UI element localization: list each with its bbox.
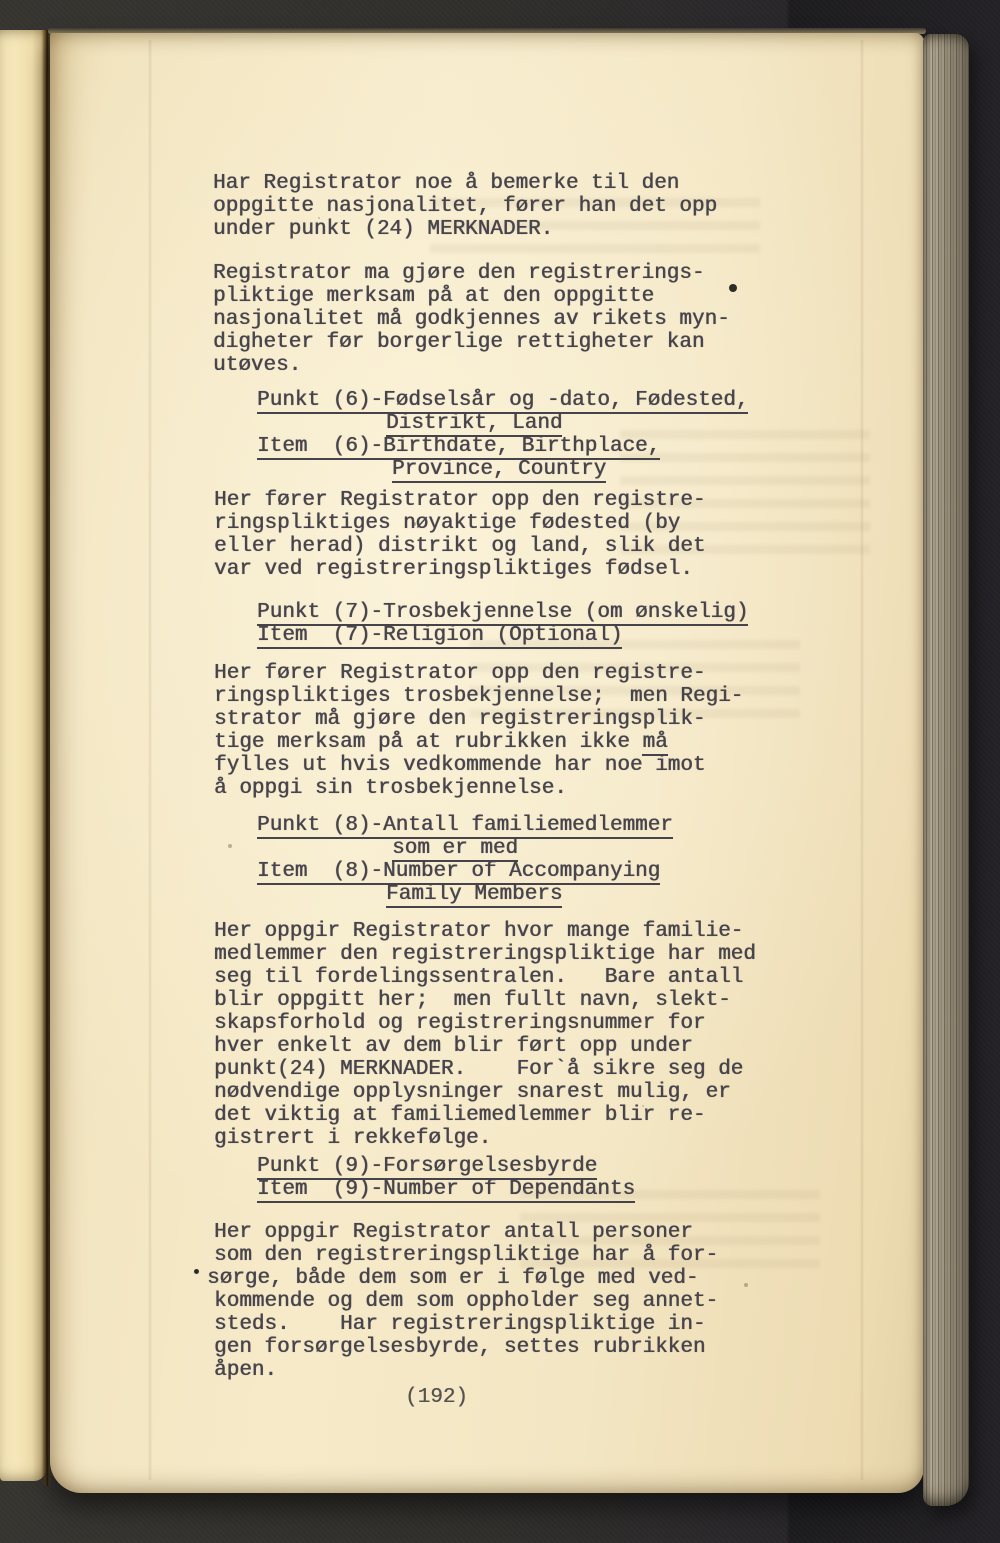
text-line: Distrikt, Land xyxy=(0,412,1000,435)
text-line: oppgitte nasjonalitet, fører han det opp xyxy=(0,195,1000,218)
text-line: som den registreringspliktige har å for- xyxy=(0,1244,1000,1267)
para-familiemedlemmer: Her oppgir Registrator hvor mange famili… xyxy=(0,920,1000,1150)
heading-punkt-7: Punkt (7)-Trosbekjennelse (om ønskelig)I… xyxy=(0,601,1000,647)
text-line: pliktige merksam på at den oppgitte xyxy=(0,285,1000,308)
para-fodested: Her fører Registrator opp den registre-r… xyxy=(0,489,1000,581)
text-line: Item (7)-Religion (Optional) xyxy=(0,624,1000,647)
book-photo: (192) Har Registrator noe å bemerke til … xyxy=(0,0,1000,1543)
text-line: fylles ut hvis vedkommende har noe imot xyxy=(0,754,1000,777)
text-line: var ved registreringspliktiges fødsel. xyxy=(0,558,1000,581)
heading-punkt-6: Punkt (6)-Fødselsår og -dato, Fødested,D… xyxy=(0,389,1000,481)
text-line: Punkt (8)-Antall familiemedlemmer xyxy=(0,814,1000,837)
para-forsorgelsesbyrde: Her oppgir Registrator antall personerso… xyxy=(0,1221,1000,1382)
text-line: Har Registrator noe å bemerke til den xyxy=(0,172,1000,195)
text-line: som er med xyxy=(0,837,1000,860)
text-line: ringspliktiges trosbekjennelse; men Regi… xyxy=(0,685,1000,708)
para-merknader-note: Har Registrator noe å bemerke til denopp… xyxy=(0,172,1000,241)
text-line: Her fører Registrator opp den registre- xyxy=(0,489,1000,512)
page-number: (192) xyxy=(405,1386,468,1409)
text-line: gen forsørgelsesbyrde, settes rubrikken xyxy=(0,1336,1000,1359)
text-line: digheter før borgerlige rettigheter kan xyxy=(0,331,1000,354)
text-line: Punkt (6)-Fødselsår og -dato, Fødested, xyxy=(0,389,1000,412)
para-nasjonalitet-godkjennes: Registrator ma gjøre den registrerings-p… xyxy=(0,262,1000,377)
text-line: steds. Har registreringspliktige in- xyxy=(0,1313,1000,1336)
text-line: Item (6)-Birthdate, Birthplace, xyxy=(0,435,1000,458)
text-line: Item (8)-Number of Accompanying xyxy=(0,860,1000,883)
text-line: medlemmer den registreringspliktige har … xyxy=(0,943,1000,966)
text-line: punkt(24) MERKNADER. For`å sikre seg de xyxy=(0,1058,1000,1081)
para-trosbekjennelse: Her fører Registrator opp den registre-r… xyxy=(0,662,1000,800)
text-line: sørge, både dem som er i følge med ved- xyxy=(0,1267,1000,1290)
text-line: Punkt (9)-Forsørgelsesbyrde xyxy=(0,1155,1000,1178)
text-line: under punkt (24) MERKNADER. xyxy=(0,218,1000,241)
text-line: å oppgi sin trosbekjennelse. xyxy=(0,777,1000,800)
heading-punkt-8: Punkt (8)-Antall familiemedlemmersom er … xyxy=(0,814,1000,906)
text-line: utøves. xyxy=(0,354,1000,377)
text-line: strator må gjøre den registreringsplik- xyxy=(0,708,1000,731)
ink-dot xyxy=(729,284,737,292)
text-line: seg til fordelingssentralen. Bare antall xyxy=(0,966,1000,989)
text-line: blir oppgitt her; men fullt navn, slekt- xyxy=(0,989,1000,1012)
text-line: Punkt (7)-Trosbekjennelse (om ønskelig) xyxy=(0,601,1000,624)
text-line: skapsforhold og registreringsnummer for xyxy=(0,1012,1000,1035)
page-text: (192) Har Registrator noe å bemerke til … xyxy=(0,0,1000,1543)
text-line: tige merksam på at rubrikken ikke må xyxy=(0,731,1000,754)
heading-punkt-9: Punkt (9)-ForsørgelsesbyrdeItem (9)-Numb… xyxy=(0,1155,1000,1201)
text-line: kommende og dem som oppholder seg annet- xyxy=(0,1290,1000,1313)
text-line: Her oppgir Registrator hvor mange famili… xyxy=(0,920,1000,943)
text-line: åpen. xyxy=(0,1359,1000,1382)
text-line: Her fører Registrator opp den registre- xyxy=(0,662,1000,685)
margin-dot xyxy=(194,1269,199,1274)
text-line: eller herad) distrikt og land, slik det xyxy=(0,535,1000,558)
text-line: Her oppgir Registrator antall personer xyxy=(0,1221,1000,1244)
text-line: det viktig at familiemedlemmer blir re- xyxy=(0,1104,1000,1127)
text-line: gistrert i rekkefølge. xyxy=(0,1127,1000,1150)
text-line: hver enkelt av dem blir ført opp under xyxy=(0,1035,1000,1058)
text-line: Family Members xyxy=(0,883,1000,906)
text-line: nasjonalitet må godkjennes av rikets myn… xyxy=(0,308,1000,331)
text-line: Registrator ma gjøre den registrerings- xyxy=(0,262,1000,285)
text-line: Item (9)-Number of Dependants xyxy=(0,1178,1000,1201)
text-line: nødvendige opplysninger snarest mulig, e… xyxy=(0,1081,1000,1104)
text-line: ringspliktiges nøyaktige fødested (by xyxy=(0,512,1000,535)
text-line: Province, Country xyxy=(0,458,1000,481)
